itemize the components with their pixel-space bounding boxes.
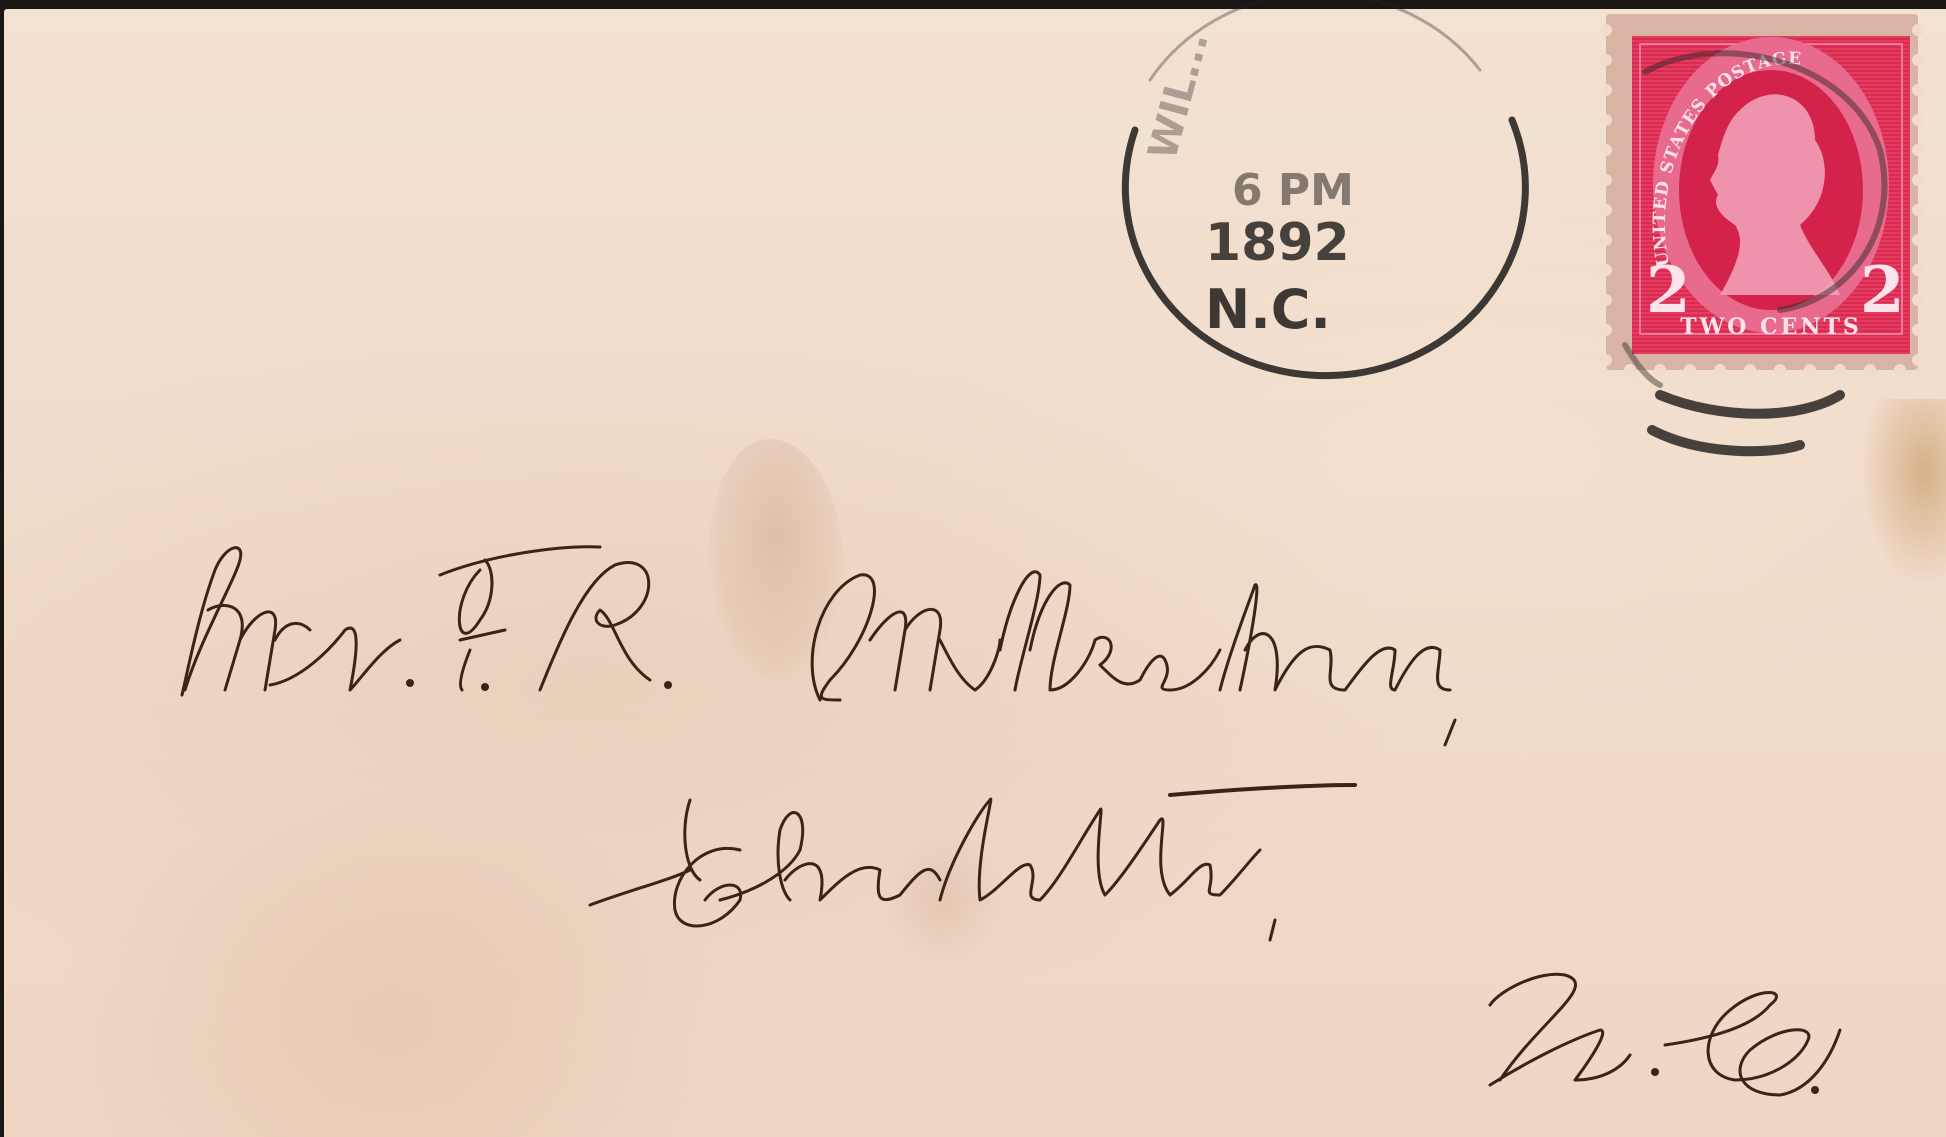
handwritten-address [0, 0, 1946, 1137]
